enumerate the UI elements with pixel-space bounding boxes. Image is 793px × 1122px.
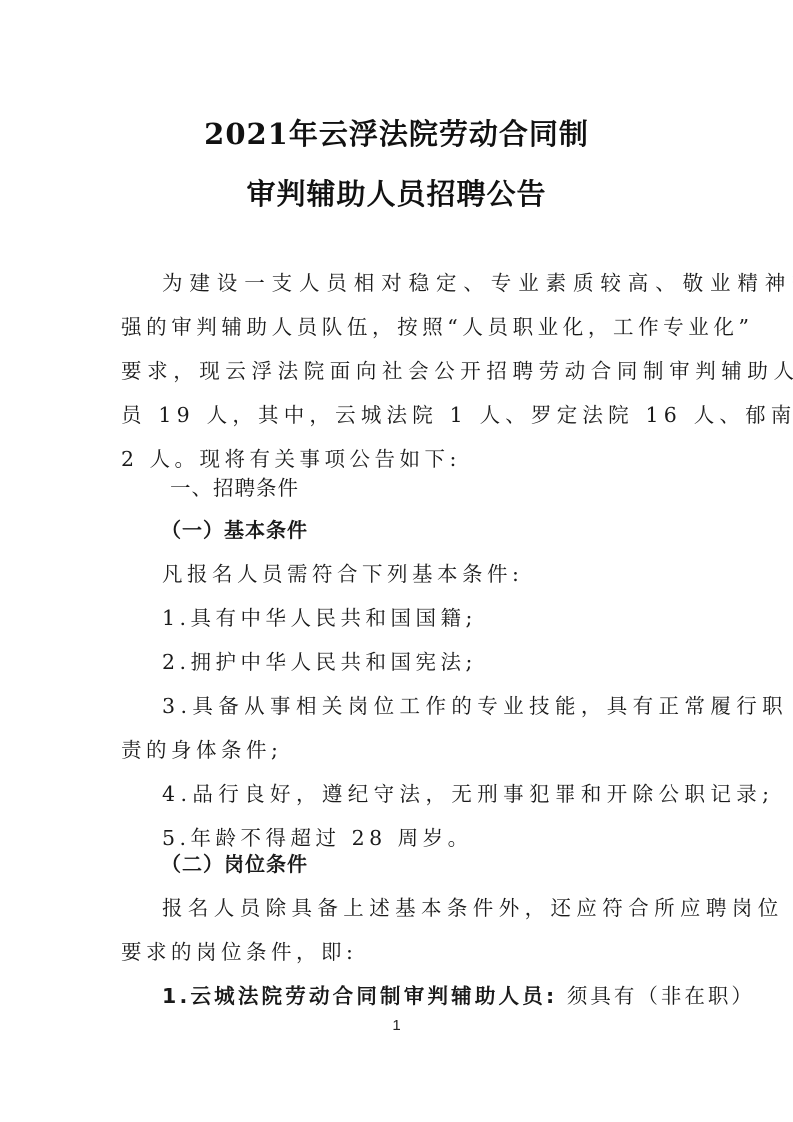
intro-paragraph-line-4: 员 19 人，其中，云城法院 1 人、罗定法院 16 人、郁南法院: [121, 401, 681, 429]
position-conditions-lead-line-2: 要求的岗位条件，即:: [121, 938, 681, 966]
subsection-heading-position-conditions: （二）岗位条件: [161, 850, 721, 878]
basic-condition-item-2: 2.拥护中华人民共和国宪法;: [162, 648, 722, 676]
basic-condition-item-3-continued: 责的身体条件;: [121, 736, 681, 764]
position-condition-item-1-text: 须具有（非在职）: [557, 984, 755, 1008]
basic-condition-item-1: 1.具有中华人民共和国国籍;: [162, 604, 722, 632]
position-conditions-lead-line-1: 报名人员除具备上述基本条件外，还应符合所应聘岗位: [162, 894, 722, 922]
document-page: 2021年云浮法院劳动合同制 审判辅助人员招聘公告 为建设一支人员相对稳定、专业…: [0, 0, 793, 1122]
basic-condition-item-5: 5.年龄不得超过 28 周岁。: [162, 824, 722, 852]
page-number: 1: [0, 1017, 793, 1034]
basic-conditions-lead: 凡报名人员需符合下列基本条件:: [162, 560, 722, 588]
intro-paragraph-line-1: 为建设一支人员相对稳定、专业素质较高、敬业精神较: [162, 269, 722, 297]
position-condition-item-1-title: 1.云城法院劳动合同制审判辅助人员:: [162, 984, 557, 1008]
subsection-heading-basic-conditions: （一）基本条件: [161, 516, 721, 544]
intro-paragraph-line-3: 要求，现云浮法院面向社会公开招聘劳动合同制审判辅助人: [121, 357, 681, 385]
basic-condition-item-4: 4.品行良好，遵纪守法，无刑事犯罪和开除公职记录;: [162, 780, 722, 808]
intro-paragraph-line-5: 2 人。现将有关事项公告如下:: [121, 445, 681, 473]
position-condition-item-1: 1.云城法院劳动合同制审判辅助人员: 须具有（非在职）: [162, 982, 722, 1010]
basic-condition-item-3: 3.具备从事相关岗位工作的专业技能，具有正常履行职: [162, 692, 722, 720]
section-heading-recruitment-conditions: 一、招聘条件: [170, 474, 730, 502]
document-title-line-2: 审判辅助人员招聘公告: [0, 172, 793, 213]
intro-paragraph-line-2: 强的审判辅助人员队伍，按照“人员职业化，工作专业化”: [121, 313, 681, 341]
document-title-line-1: 2021年云浮法院劳动合同制: [0, 112, 793, 153]
